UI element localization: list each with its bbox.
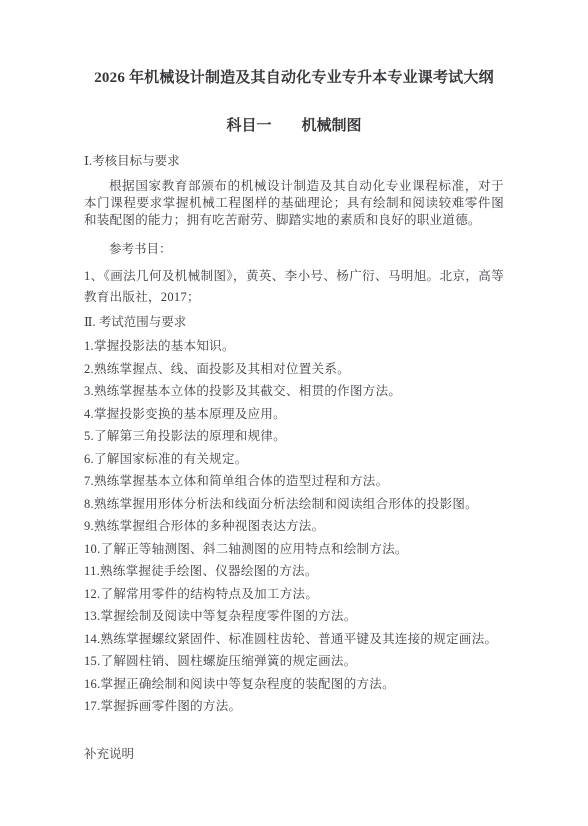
exam-scope-list: 1.掌握投影法的基本知识。 2.熟练掌握点、线、面投影及其相对位置关系。 3.熟… [84,335,504,718]
exam-scope-item: 10.了解正等轴测图、斜二轴测图的应用特点和绘制方法。 [84,538,504,561]
exam-scope-item: 1.掌握投影法的基本知识。 [84,335,504,358]
subject-heading: 科目一 机械制图 [84,116,504,136]
exam-scope-item: 8.熟练掌握用形体分析法和线面分析法绘制和阅读组合形体的投影图。 [84,493,504,516]
exam-scope-item: 9.熟练掌握组合形体的多种视图表达方法。 [84,515,504,538]
section2-heading: Ⅱ. 考试范围与要求 [84,314,504,331]
exam-scope-item: 4.掌握投影变换的基本原理及应用。 [84,403,504,426]
exam-scope-item: 6.了解国家标准的有关规定。 [84,448,504,471]
document-content: 2026 年机械设计制造及其自动化专业专升本专业课考试大纲 科目一 机械制图 Ⅰ… [0,0,588,763]
exam-scope-item: 11.熟练掌握徒手绘图、仪器绘图的方法。 [84,560,504,583]
exam-scope-item: 16.掌握正确绘制和阅读中等复杂程度的装配图的方法。 [84,673,504,696]
exam-scope-item: 14.熟练掌握螺纹紧固件、标准圆柱齿轮、普通平键及其连接的规定画法。 [84,628,504,651]
exam-scope-item: 5.了解第三角投影法的原理和规律。 [84,425,504,448]
exam-scope-item: 13.掌握绘制及阅读中等复杂程度零件图的方法。 [84,605,504,628]
supplementary-note: 补充说明 [84,746,504,763]
section1-paragraph: 根据国家教育部颁布的机械设计制造及其自动化专业课程标准，对于本门课程要求掌握机械… [84,178,504,229]
exam-scope-item: 7.熟练掌握基本立体和简单组合体的造型过程和方法。 [84,470,504,493]
document-title: 2026 年机械设计制造及其自动化专业专升本专业课考试大纲 [84,0,504,88]
section1-heading: Ⅰ.考核目标与要求 [84,153,504,170]
reference-label: 参考书目： [84,241,504,258]
exam-scope-item: 3.熟练掌握基本立体的投影及其截交、相贯的作图方法。 [84,380,504,403]
exam-scope-item: 2.熟练掌握点、线、面投影及其相对位置关系。 [84,358,504,381]
document-page: 2026 年机械设计制造及其自动化专业专升本专业课考试大纲 科目一 机械制图 Ⅰ… [0,0,588,826]
reference-entry: 1、《画法几何及机械制图》，黄英、李小号、杨广衍、马明旭。北京，高等教育出版社，… [84,266,504,308]
exam-scope-item: 15.了解圆柱销、圆柱螺旋压缩弹簧的规定画法。 [84,650,504,673]
exam-scope-item: 17.掌握拆画零件图的方法。 [84,695,504,718]
exam-scope-item: 12.了解常用零件的结构特点及加工方法。 [84,583,504,606]
